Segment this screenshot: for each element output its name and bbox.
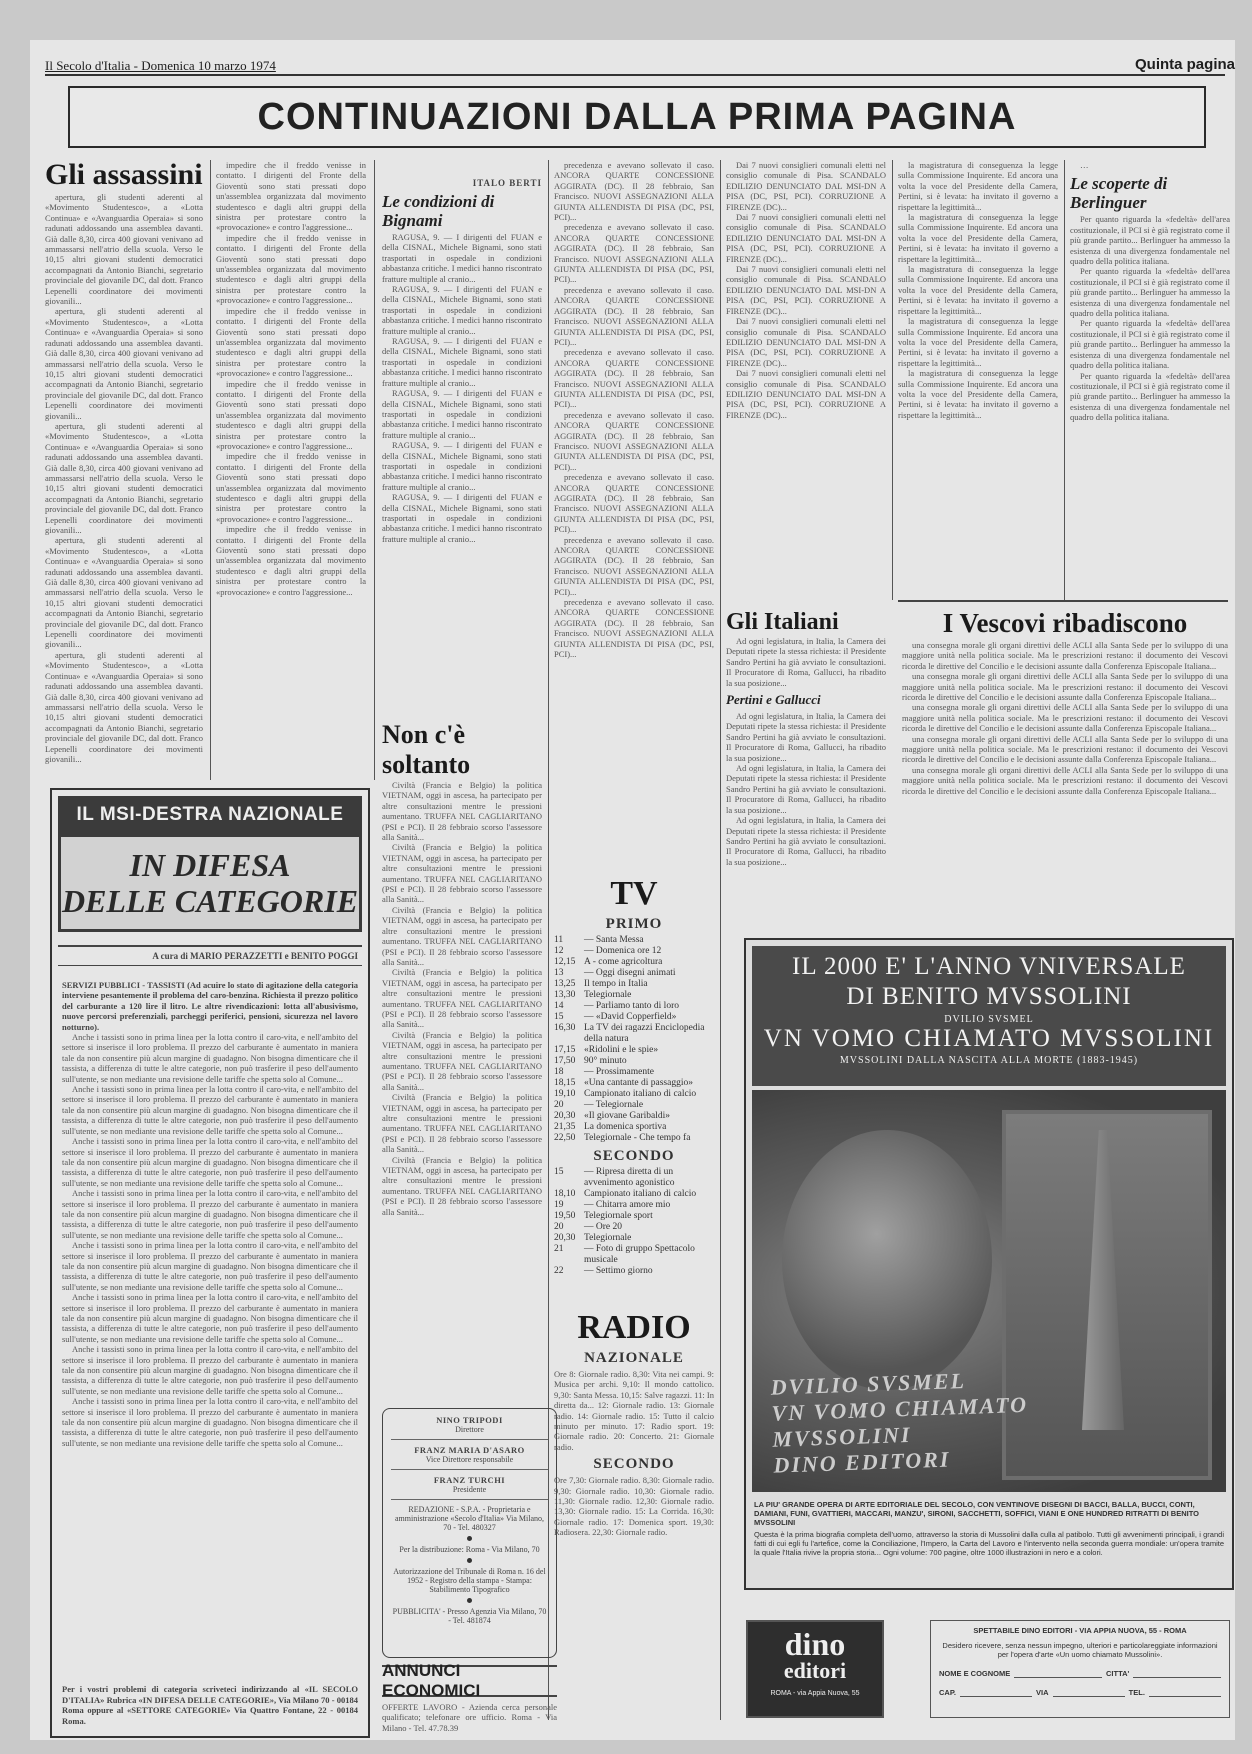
page-number: Quinta pagina — [1135, 56, 1235, 73]
article-assassini-cont: impedire che il freddo venisse in contat… — [216, 160, 366, 780]
headline-berlinguer: Le scoperte di Berlinguer — [1070, 174, 1230, 212]
tv-channel-name: SECONDO — [554, 1148, 714, 1165]
column-divider — [210, 160, 211, 780]
tv-program-row: 18,10Campionato italiano di calcio — [554, 1189, 714, 1200]
book-cover-relief-image: DVILIO SVSMELVN VOMO CHIAMATOMVSSOLINIDI… — [752, 1090, 1226, 1492]
tv-listings: TV PRIMO11— Santa Messa12— Domenica ore … — [554, 876, 714, 1306]
msi-categories-box: IL MSI-DESTRA NAZIONALE IN DIFESA DELLE … — [50, 788, 370, 1738]
tv-program-row: 14— Parliamo tanto di loro — [554, 1001, 714, 1012]
section-rule — [898, 600, 1228, 602]
order-coupon: SPETTABILE DINO EDITORI - VIA APPIA NUOV… — [930, 1620, 1230, 1718]
radio-title: RADIO — [554, 1310, 714, 1346]
article-italiani: Gli Italiani Ad ogni legislatura, in Ita… — [726, 608, 886, 908]
column-divider — [720, 160, 721, 1720]
ad-header: IL 2000 E' L'ANNO VNIVERSALE DI BENITO M… — [752, 946, 1226, 1086]
tv-program-row: 11— Santa Messa — [554, 935, 714, 946]
banner-title: CONTINUAZIONI DALLA PRIMA PAGINA — [258, 96, 1017, 139]
tv-program-row: 21,35La domenica sportiva — [554, 1122, 714, 1133]
byline-berti: ITALO BERTI — [382, 178, 542, 188]
name-field[interactable] — [1014, 1670, 1102, 1678]
tv-program-row: 17,15«Ridolini e le spie» — [554, 1045, 714, 1056]
cap-field[interactable] — [960, 1689, 1032, 1697]
tv-channels: PRIMO11— Santa Messa12— Domenica ore 121… — [554, 916, 714, 1277]
msi-curators: A cura di MARIO PERAZZETTI e BENITO POGG… — [58, 945, 362, 966]
radio-schedule: Ore 8: Giornale radio. 8,30: Vita nei ca… — [554, 1369, 714, 1452]
tv-program-row: 19,50Telegiornale sport — [554, 1211, 714, 1222]
msi-footer: Per i vostri problemi di categoria scriv… — [62, 1684, 358, 1726]
subhead-pertini: Pertini e Gallucci — [726, 690, 886, 709]
tv-program-row: 22— Settimo giorno — [554, 1266, 714, 1277]
headline-vescovi: I Vescovi ribadiscono — [902, 606, 1228, 640]
msi-title: IN DIFESA DELLE CATEGORIE — [58, 834, 362, 932]
tv-program-row: 12— Domenica ore 12 — [554, 946, 714, 957]
article-non-ce-soltanto: Non c'è soltanto Civiltà (Francia e Belg… — [382, 720, 542, 1420]
tv-program-row: 18,15«Una cantante di passaggio» — [554, 1078, 714, 1089]
headline-bignami: Le condizioni di Bignami — [382, 192, 542, 230]
tv-channel-name: PRIMO — [554, 916, 714, 933]
tv-program-row: 15— Ripresa diretta di un avvenimento ag… — [554, 1167, 714, 1189]
radio-channel-name: NAZIONALE — [554, 1350, 714, 1367]
article-body: apertura, gli studenti aderenti al «Movi… — [45, 192, 203, 764]
tv-program-row: 13,30Telegiornale — [554, 990, 714, 1001]
tv-program-row: 21— Foto di gruppo Spettacolo musicale — [554, 1244, 714, 1266]
tv-program-row: 22,50Telegiornale - Che tempo fa — [554, 1133, 714, 1144]
ad-caption: LA PIU' GRANDE OPERA DI ARTE EDITORIALE … — [754, 1500, 1224, 1557]
tv-program-row: 16,30La TV dei ragazzi Enciclopedia dell… — [554, 1023, 714, 1045]
tv-program-row: 20— Telegiornale — [554, 1100, 714, 1111]
article-vescovi: I Vescovi ribadiscono una consegna moral… — [902, 606, 1228, 906]
tv-program-row: 13— Oggi disegni animati — [554, 968, 714, 979]
book-advertisement: IL 2000 E' L'ANNO VNIVERSALE DI BENITO M… — [744, 938, 1234, 1590]
tv-program-row: 13,25Il tempo in Italia — [554, 979, 714, 990]
classifieds-title: ANNUNCI ECONOMICI — [382, 1665, 557, 1697]
article-middle-2: Dai 7 nuovi consiglieri comunali eletti … — [726, 160, 886, 600]
tv-program-row: 19— Chitarra amore mio — [554, 1200, 714, 1211]
classifieds-body: OFFERTE LAVORO - Azienda cerca personale… — [382, 1702, 557, 1738]
header-rule — [45, 74, 1225, 76]
relief-inscription: DVILIO SVSMELVN VOMO CHIAMATOMVSSOLINIDI… — [770, 1365, 1043, 1478]
msi-header: IL MSI-DESTRA NAZIONALE — [58, 796, 362, 834]
radio-channels: NAZIONALEOre 8: Giornale radio. 8,30: Vi… — [554, 1350, 714, 1538]
column-divider — [1064, 160, 1065, 600]
tv-program-row: 20,30«Il giovane Garibaldi» — [554, 1111, 714, 1122]
city-field[interactable] — [1133, 1670, 1221, 1678]
colophon-box: NINO TRIPODI Direttore FRANZ MARIA D'ASA… — [382, 1408, 557, 1658]
section-banner: CONTINUAZIONI DALLA PRIMA PAGINA — [68, 86, 1206, 148]
tv-program-row: 18— Prossimamente — [554, 1067, 714, 1078]
tv-program-row: 12,15A - come agricoltura — [554, 957, 714, 968]
headline-non-ce-soltanto: Non c'è soltanto — [382, 720, 492, 780]
tv-program-row: 17,5090° minuto — [554, 1056, 714, 1067]
msi-body: SERVIZI PUBBLICI - TASSISTI (Ad acuire l… — [62, 980, 358, 1676]
radio-channel-name: SECONDO — [554, 1456, 714, 1473]
column-divider — [374, 160, 375, 780]
column-divider — [892, 160, 893, 600]
radio-listings: RADIO NAZIONALEOre 8: Giornale radio. 8,… — [554, 1310, 714, 1720]
newspaper-page: Il Secolo d'Italia - Domenica 10 marzo 1… — [30, 40, 1235, 1740]
tv-title: TV — [554, 876, 714, 912]
tv-program-row: 19,10Campionato italiano di calcio — [554, 1089, 714, 1100]
tv-program-row: 20,30Telegiornale — [554, 1233, 714, 1244]
headline-assassini: Gli assassini — [45, 158, 203, 192]
portrait-relief — [782, 1130, 992, 1390]
phone-field[interactable] — [1149, 1689, 1221, 1697]
tv-program-row: 15— «David Copperfield» — [554, 1012, 714, 1023]
publisher-logo: dino editori ROMA - via Appia Nuova, 55 — [746, 1620, 884, 1718]
radio-schedule: Ore 7,30: Giornale radio. 8,30: Giornale… — [554, 1475, 714, 1537]
article-middle: precedenza e avevano sollevato il caso. … — [554, 160, 714, 872]
article-berlinguer: … Le scoperte di Berlinguer Per quanto r… — [1070, 160, 1230, 600]
tv-program-row: 20— Ore 20 — [554, 1222, 714, 1233]
street-field[interactable] — [1053, 1689, 1125, 1697]
article-assassini: Gli assassini apertura, gli studenti ade… — [45, 158, 203, 778]
article-col6: la magistratura di conseguenza la legge … — [898, 160, 1058, 600]
headline-italiani: Gli Italiani — [726, 608, 886, 636]
masthead-date: Il Secolo d'Italia - Domenica 10 marzo 1… — [45, 58, 276, 74]
